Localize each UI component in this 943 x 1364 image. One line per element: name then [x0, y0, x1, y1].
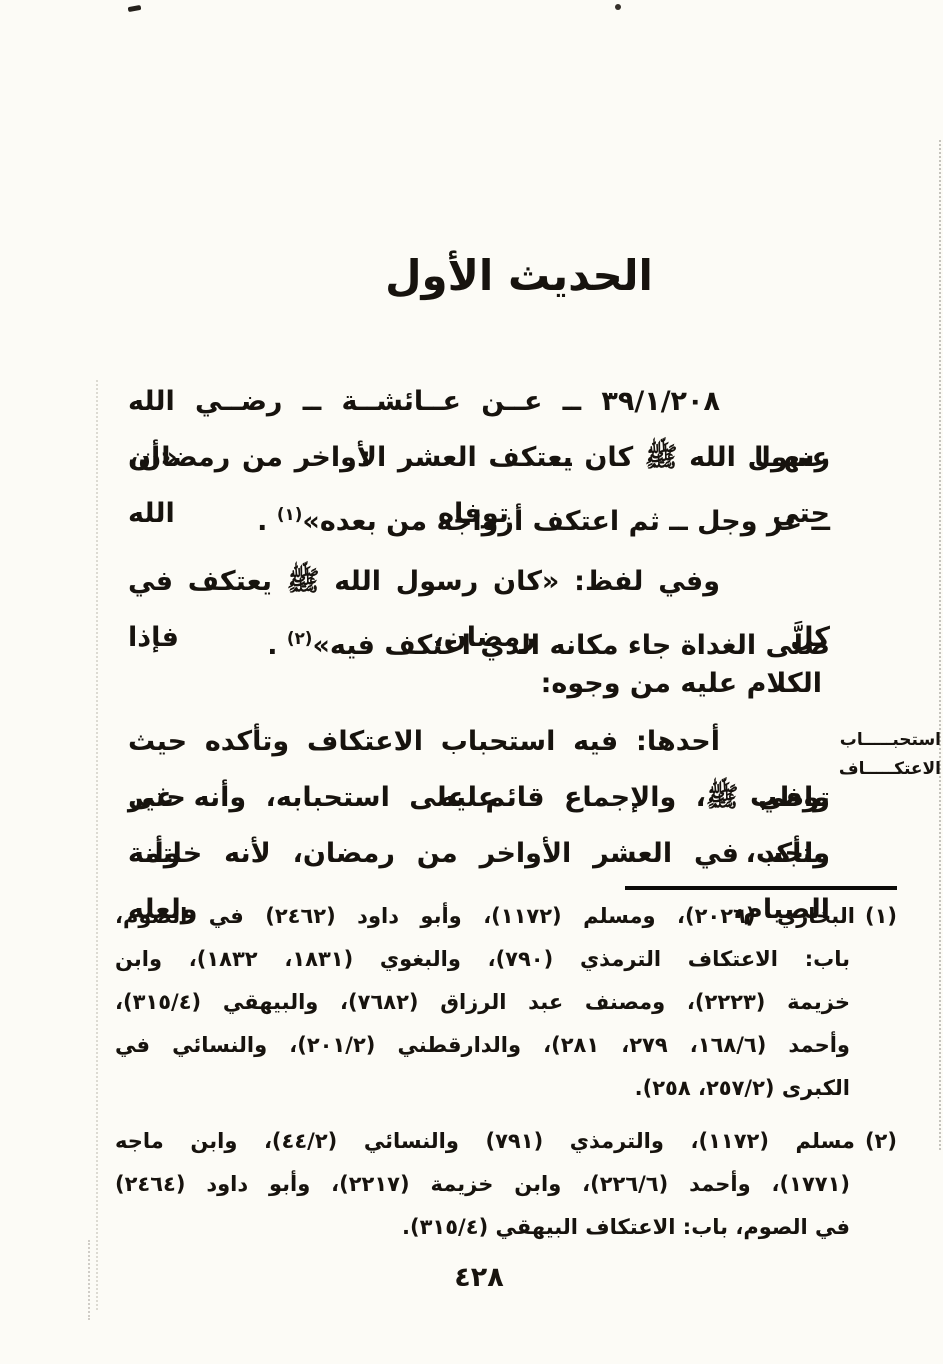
scan-artifact-top-left [128, 5, 142, 12]
hadith-paragraph: ٣٩/١/٢٠٨ ــ عــن عــائشــة ــ رضــي الله… [128, 374, 830, 542]
margin-note-line-2: الاعتكـــــاف [838, 755, 941, 784]
footnote-2-line-3: في الصوم، باب: الاعتكاف البيهقي (٣١٥/٤). [115, 1206, 850, 1249]
scan-smudge-bottom-left [88, 1240, 94, 1320]
footnote-1-line-1-text: البخاري (٢٠٢٦)، ومسلم (١١٧٢)، وأبو داود … [115, 904, 855, 928]
footnote-2: (٢)مسلم (١١٧٢)، والترمذي (٧٩١) والنسائي … [115, 1120, 897, 1249]
footnote-ref-2: (٢) [287, 628, 313, 648]
footnote-1-marker: (١) [865, 895, 897, 938]
footnote-1-line-4: وأحمد (١٦٨/٦، ٢٧٩، ٢٨١)، والدارقطني (٢٠١… [115, 1024, 850, 1067]
footnote-2-line-2: (١٧٧١)، وأحمد (٢٢٦/٦)، وابن خزيمة (٢٢١٧)… [115, 1163, 850, 1206]
main-text: ٣٩/١/٢٠٨ ــ عــن عــائشــة ــ رضــي الله… [128, 374, 830, 882]
footnotes: (١)البخاري (٢٠٢٦)، ومسلم (١١٧٢)، وأبو دا… [115, 895, 897, 1249]
commentary-line-2: توفي ﷺ، والإجماع قائم على استحبابه، وأنه… [128, 770, 830, 826]
footnote-2-line-1: (٢)مسلم (١١٧٢)، والترمذي (٧٩١) والنسائي … [115, 1120, 850, 1163]
commentary-paragraph: أحدها: فيه استحباب الاعتكاف وتأكده حيث و… [128, 714, 830, 882]
page-number: ٤٢٨ [128, 1262, 830, 1293]
footnote-1-line-1: (١)البخاري (٢٠٢٦)، ومسلم (١١٧٢)، وأبو دا… [115, 895, 850, 938]
variant-line-1: وفي لفظ: «كان رسول الله ﷺ يعتكف في كل رم… [128, 554, 830, 610]
footnote-1-line-3: خزيمة (٢٢٢٣)، ومصنف عبد الرزاق (٧٦٨٢)، و… [115, 981, 850, 1024]
page-title: الحديث الأول [168, 244, 870, 308]
commentary-lead: أحدها: [636, 726, 720, 757]
footnote-1-line-5: الكبرى (٢٥٧/٢، ٢٥٨). [115, 1067, 850, 1110]
scan-artifact-top-center [615, 4, 621, 10]
variant-line-2-period: . [267, 630, 287, 661]
footnote-ref-1: (١) [277, 504, 303, 524]
hadith-line-2: رسول الله ﷺ كان يعتكف العشر الأواخر من ر… [128, 430, 830, 486]
commentary-line-3: متأكد في العشر الأواخر من رمضان، لأنه خا… [128, 826, 830, 882]
footnote-1-line-2: باب: الاعتكاف الترمذي (٧٩٠)، والبغوي (١٨… [115, 938, 850, 981]
variant-wording-paragraph: وفي لفظ: «كان رسول الله ﷺ يعتكف في كل رم… [128, 554, 830, 666]
footnote-separator [625, 886, 897, 890]
book-page: الحديث الأول ٣٩/١/٢٠٨ ــ عــن عــائشــة … [0, 0, 943, 1364]
footnote-1: (١)البخاري (٢٠٢٦)، ومسلم (١١٧٢)، وأبو دا… [115, 895, 897, 1110]
scan-edge-left [96, 380, 98, 1310]
margin-note-line-1: استحبـــــاب [838, 726, 941, 755]
discussion-heading: الكلام عليه من وجوه: [128, 660, 830, 708]
hadith-line-1: ٣٩/١/٢٠٨ ــ عــن عــائشــة ــ رضــي الله… [128, 374, 830, 430]
scan-edge-right [939, 140, 941, 1150]
hadith-line-3-text: ــ عز وجل ــ ثم اعتكف أزواجه من بعده» [302, 506, 830, 537]
margin-note: استحبـــــاب الاعتكـــــاف [838, 726, 941, 784]
footnote-2-line-1-text: مسلم (١١٧٢)، والترمذي (٧٩١) والنسائي (٤٤… [115, 1129, 855, 1153]
commentary-line-1: أحدها: فيه استحباب الاعتكاف وتأكده حيث و… [128, 714, 830, 770]
hadith-line-3-period: . [257, 506, 277, 537]
footnote-2-marker: (٢) [865, 1120, 897, 1163]
variant-line-2-text: صلَّى الغداة جاء مكانه الذي اعتكف فيه» [312, 630, 830, 661]
